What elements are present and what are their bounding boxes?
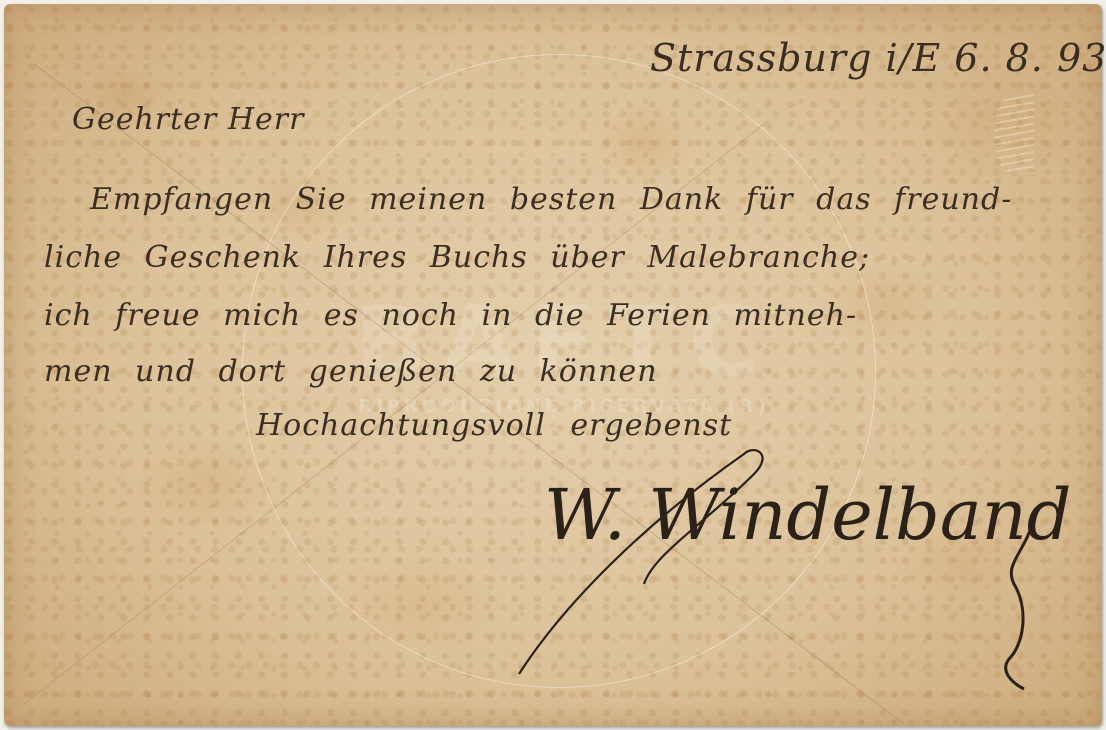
salutation: Geehrter Herr	[72, 102, 304, 137]
document-viewport: BAFTC RIPRODUZIONE RISERVATA (R) Strassb…	[0, 0, 1106, 730]
body-line-1: Empfangen Sie meinen besten Dank für das…	[90, 182, 1012, 217]
embossed-stamp-mark	[994, 94, 1034, 174]
body-line-4: men und dort genießen zu können	[44, 354, 658, 389]
body-line-2: liche Geschenk Ihres Buchs über Malebran…	[44, 240, 870, 275]
closing-line: Hochachtungsvoll ergebenst	[256, 408, 732, 443]
place-and-date: Strassburg i/E 6. 8. 93	[650, 36, 1106, 80]
postcard: BAFTC RIPRODUZIONE RISERVATA (R) Strassb…	[4, 4, 1102, 726]
signature: W. Windelband	[544, 474, 1071, 556]
body-line-3: ich freue mich es noch in die Ferien mit…	[44, 298, 857, 333]
